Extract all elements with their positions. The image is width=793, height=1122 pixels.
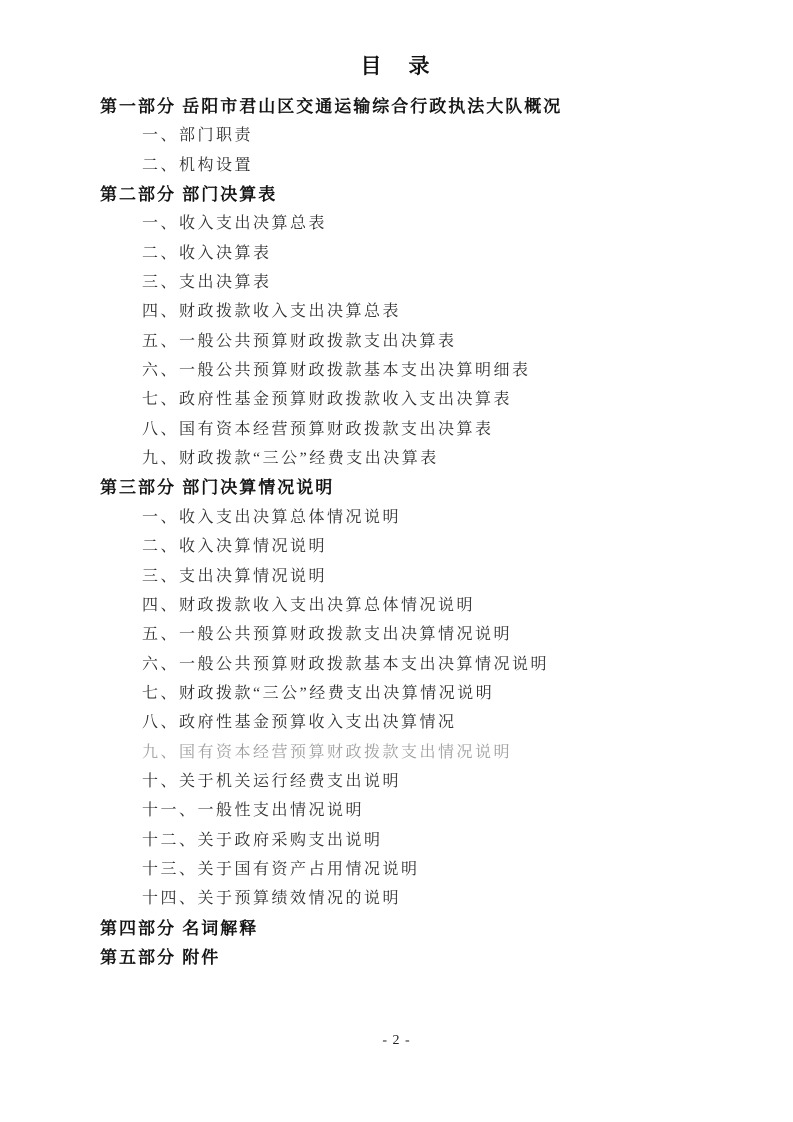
toc-section-heading: 第四部分 名词解释 xyxy=(100,914,743,943)
toc-item: 三、支出决算情况说明 xyxy=(100,562,743,591)
toc-item: 十、关于机关运行经费支出说明 xyxy=(100,767,743,796)
toc-item: 六、一般公共预算财政拨款基本支出决算情况说明 xyxy=(100,650,743,679)
toc-item: 十一、一般性支出情况说明 xyxy=(100,796,743,825)
toc-item: 六、一般公共预算财政拨款基本支出决算明细表 xyxy=(100,356,743,385)
toc-item: 二、机构设置 xyxy=(100,151,743,180)
toc-item: 二、收入决算表 xyxy=(100,239,743,268)
toc-item: 十四、关于预算绩效情况的说明 xyxy=(100,884,743,913)
toc-item: 二、收入决算情况说明 xyxy=(100,532,743,561)
toc-item: 七、财政拨款“三公”经费支出决算情况说明 xyxy=(100,679,743,708)
toc-item: 一、收入支出决算总表 xyxy=(100,209,743,238)
toc-item: 四、财政拨款收入支出决算总表 xyxy=(100,297,743,326)
toc-item: 一、收入支出决算总体情况说明 xyxy=(100,503,743,532)
toc-item: 十三、关于国有资产占用情况说明 xyxy=(100,855,743,884)
toc-item: 八、政府性基金预算收入支出决算情况 xyxy=(100,708,743,737)
toc-item: 五、一般公共预算财政拨款支出决算表 xyxy=(100,327,743,356)
toc-section-heading: 第五部分 附件 xyxy=(100,943,743,972)
toc-item: 四、财政拨款收入支出决算总体情况说明 xyxy=(100,591,743,620)
toc-item: 九、财政拨款“三公”经费支出决算表 xyxy=(100,444,743,473)
page-title: 目 录 xyxy=(0,50,793,80)
toc-item: 七、政府性基金预算财政拨款收入支出决算表 xyxy=(100,385,743,414)
toc-item: 八、国有资本经营预算财政拨款支出决算表 xyxy=(100,415,743,444)
page-number: - 2 - xyxy=(0,1033,793,1049)
toc-item: 五、一般公共预算财政拨款支出决算情况说明 xyxy=(100,620,743,649)
toc-item: 十二、关于政府采购支出说明 xyxy=(100,826,743,855)
toc-section-heading: 第三部分 部门决算情况说明 xyxy=(100,473,743,502)
toc-section-heading: 第二部分 部门决算表 xyxy=(100,180,743,209)
toc-item: 三、支出决算表 xyxy=(100,268,743,297)
toc-item-muted: 九、国有资本经营预算财政拨款支出情况说明 xyxy=(100,738,743,767)
document-page: 目 录 第一部分 岳阳市君山区交通运输综合行政执法大队概况 一、部门职责 二、机… xyxy=(0,0,793,1122)
table-of-contents: 第一部分 岳阳市君山区交通运输综合行政执法大队概况 一、部门职责 二、机构设置 … xyxy=(100,92,743,972)
toc-item: 一、部门职责 xyxy=(100,121,743,150)
toc-section-heading: 第一部分 岳阳市君山区交通运输综合行政执法大队概况 xyxy=(100,92,743,121)
